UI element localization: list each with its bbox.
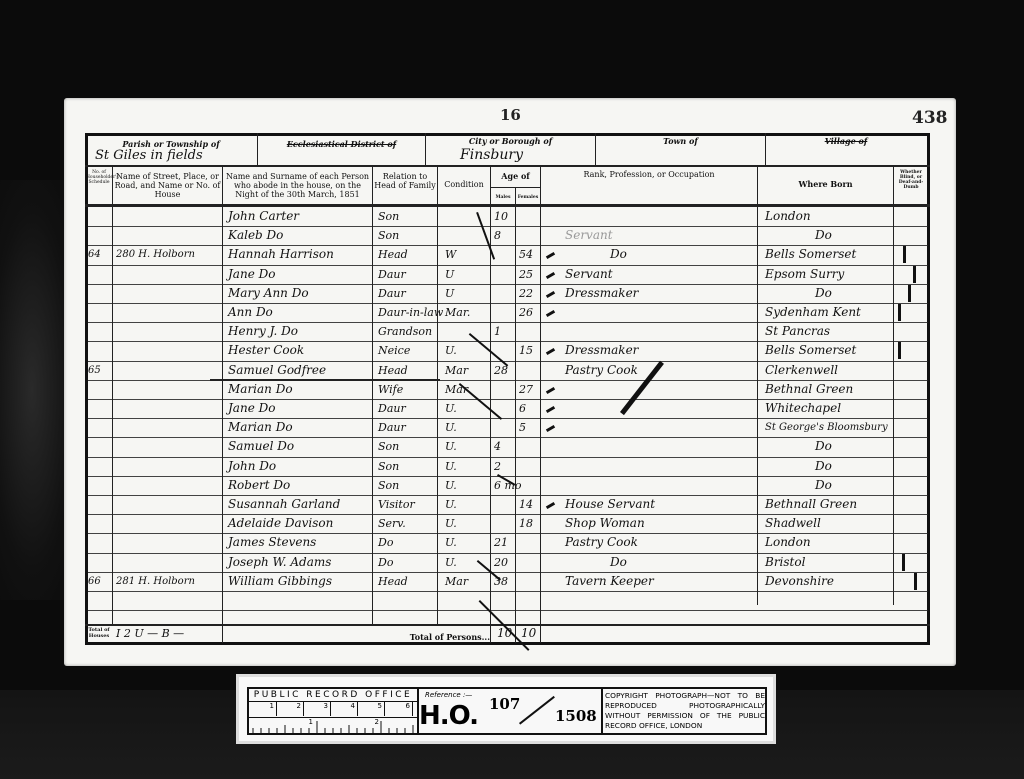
rule (437, 165, 438, 625)
address: 280 H. Holborn (116, 245, 195, 264)
ruler-mark: 4 (331, 702, 358, 716)
ruler-mark: 6 (385, 702, 413, 716)
person-name: Adelaide Davison (228, 514, 333, 533)
relation: Neice (378, 341, 410, 360)
female-age: 54 (519, 245, 533, 264)
ruler-ticks (249, 718, 417, 734)
occupation: Dressmaker (565, 341, 638, 360)
birthplace: St Pancras (765, 322, 830, 341)
ruler-inch: 1 2 (249, 717, 417, 734)
person-name: Ann Do (228, 303, 273, 322)
person-name: Kaleb Do (228, 226, 283, 245)
relation: Grandson (378, 322, 432, 341)
col-males: Males (491, 193, 515, 202)
copyright-notice: COPYRIGHT PHOTOGRAPH—NOT TO BE REPRODUCE… (605, 691, 765, 731)
schedule-number: 66 (88, 572, 101, 591)
tally-mark (898, 304, 901, 321)
total-houses-label: Total of Houses (86, 627, 112, 639)
occupation: House Servant (565, 495, 655, 514)
female-age: 25 (519, 265, 533, 284)
birthplace: Do (815, 476, 832, 495)
occupation: Servant (565, 265, 613, 284)
birthplace: Bells Somerset (765, 341, 856, 360)
condition: Mar. (445, 303, 470, 322)
village-label: Village of (766, 137, 926, 146)
male-age: 4 (494, 437, 501, 456)
schedule-number: 64 (88, 245, 101, 264)
female-age: 6 (519, 399, 526, 418)
col-address: Name of Street, Place, or Road, and Name… (113, 172, 222, 199)
birthplace: Do (815, 457, 832, 476)
row-rule (893, 495, 928, 496)
piece-number: 107 (489, 695, 520, 713)
relation: Son (378, 207, 399, 226)
occupation: Servant (565, 226, 613, 245)
row-rule (893, 418, 928, 419)
tally-mark (913, 266, 916, 283)
person-name: Jane Do (228, 399, 275, 418)
occupation: Shop Woman (565, 514, 645, 533)
condition: U. (445, 437, 457, 456)
condition: U. (445, 553, 457, 572)
address: 281 H. Holborn (116, 572, 195, 591)
pro-title: PUBLIC RECORD OFFICE (249, 690, 417, 700)
female-age: 5 (519, 418, 526, 437)
person-name: Jane Do (228, 265, 275, 284)
occupation: Pastry Cook (565, 533, 638, 552)
person-name: Joseph W. Adams (228, 553, 331, 572)
pro-block: PUBLIC RECORD OFFICE 1 2 3 4 5 6 1 2 (249, 689, 419, 733)
rule (893, 165, 894, 605)
relation: Visitor (378, 495, 415, 514)
condition: U. (445, 514, 457, 533)
row-rule (893, 591, 928, 592)
tally-mark (908, 285, 911, 302)
row-rule (893, 265, 928, 266)
tally-mark (898, 342, 901, 359)
male-age: 20 (494, 553, 508, 572)
relation: Serv. (378, 514, 406, 533)
person-name: John Do (228, 457, 276, 476)
birthplace: Clerkenwell (765, 361, 838, 380)
male-age: 1 (494, 322, 501, 341)
condition: U. (445, 399, 457, 418)
tally-mark (914, 573, 917, 590)
col-occupation: Rank, Profession, or Occupation (541, 170, 757, 179)
col-females: Females (516, 193, 540, 202)
folio-number: 16 (500, 106, 521, 124)
town-label: Town of (596, 137, 765, 146)
row-rule (893, 457, 928, 458)
condition: Mar (445, 572, 468, 591)
birthplace: London (765, 533, 811, 552)
female-age: 18 (519, 514, 533, 533)
row-rule (893, 572, 928, 573)
relation: Daur-in-law (378, 303, 443, 322)
reference-slash (519, 696, 555, 725)
total-persons-label: Total of Persons... (380, 633, 490, 642)
row-rule (88, 457, 893, 458)
tally-mark (902, 554, 905, 571)
relation: Daur (378, 284, 406, 303)
row-rule (893, 476, 928, 477)
birthplace: St George's Bloomsbury (765, 418, 888, 437)
birthplace: Sydenham Kent (765, 303, 861, 322)
relation: Daur (378, 418, 406, 437)
male-age: 10 (494, 207, 508, 226)
row-rule (893, 322, 928, 323)
person-name: Hannah Harrison (228, 245, 334, 264)
relation: Head (378, 572, 408, 591)
ruler-mark: 1 (249, 702, 277, 716)
condition: U. (445, 457, 457, 476)
rule (112, 165, 113, 625)
reference-block: Reference :— H.O. 107 1508 (419, 689, 603, 733)
parish-value: St Giles in fields (95, 146, 203, 165)
relation: Daur (378, 265, 406, 284)
rule (372, 165, 373, 625)
row-rule (88, 437, 893, 438)
ruler-mark: 5 (358, 702, 385, 716)
row-rule (88, 226, 893, 227)
rule (515, 187, 516, 643)
person-name: William Gibbings (228, 572, 332, 591)
col-relation: Relation to Head of Family (373, 172, 437, 190)
birthplace: Whitechapel (765, 399, 841, 418)
female-age: 14 (519, 495, 533, 514)
relation: Do (378, 553, 393, 572)
col-condition: Condition (438, 180, 490, 189)
birthplace: Bristol (765, 553, 805, 572)
row-rule (893, 361, 928, 362)
relation: Son (378, 226, 399, 245)
row-rule (893, 437, 928, 438)
item-number: 1508 (555, 707, 597, 725)
relation: Son (378, 457, 399, 476)
row-rule (893, 399, 928, 400)
ruler-mark: 2 (277, 702, 304, 716)
person-name: Robert Do (228, 476, 290, 495)
female-age: 26 (519, 303, 533, 322)
ecclesiastical-label: Ecclesiastical District of (258, 140, 425, 149)
person-name: John Carter (228, 207, 299, 226)
occupation: Tavern Keeper (565, 572, 654, 591)
relation: Son (378, 437, 399, 456)
condition: U. (445, 533, 457, 552)
col-name: Name and Surname of each Person who abod… (223, 172, 372, 199)
row-rule (893, 553, 928, 554)
relation: Wife (378, 380, 403, 399)
birthplace: Do (815, 284, 832, 303)
col-age-of: Age of (491, 172, 540, 181)
rule (85, 165, 930, 167)
birthplace: Bethnal Green (765, 380, 853, 399)
birthplace: Epsom Surry (765, 265, 844, 284)
col-blind: Whether Blind, or Deaf-and-Dumb (894, 170, 928, 190)
condition: U. (445, 418, 457, 437)
series-code: H.O. (419, 701, 478, 731)
row-rule (893, 226, 928, 227)
rule (257, 133, 258, 166)
birthplace: London (765, 207, 811, 226)
condition: U. (445, 341, 457, 360)
page-number: 438 (912, 108, 948, 128)
row-rule (893, 380, 928, 381)
condition: U. (445, 476, 457, 495)
person-name: Mary Ann Do (228, 284, 309, 303)
total-houses-value: I 2 U — B — (116, 624, 184, 643)
male-age: 21 (494, 533, 508, 552)
relation: Head (378, 361, 408, 380)
row-rule (893, 533, 928, 534)
condition: W (445, 245, 456, 264)
birthplace: Devonshire (765, 572, 834, 591)
relation: Daur (378, 399, 406, 418)
col-where-born: Where Born (758, 180, 893, 189)
total-females: 10 (521, 624, 536, 643)
occupation: Dressmaker (565, 284, 638, 303)
row-rule (88, 591, 893, 592)
row-rule (88, 476, 893, 477)
col-schedule: No. of Householder's Schedule (86, 170, 112, 185)
row-rule (88, 284, 893, 285)
reference-label: Reference :— (425, 691, 472, 699)
borough-label: City or Borough of (426, 137, 595, 146)
condition: U (445, 284, 454, 303)
female-age: 15 (519, 341, 533, 360)
female-age: 22 (519, 284, 533, 303)
person-name: James Stevens (228, 533, 316, 552)
person-name: Samuel Godfree (228, 361, 326, 380)
row-rule (893, 514, 928, 515)
birthplace: Bethnall Green (765, 495, 857, 514)
condition: U (445, 265, 454, 284)
occupation: Pastry Cook (565, 361, 638, 380)
relation: Head (378, 245, 408, 264)
female-age: 27 (519, 380, 533, 399)
birthplace: Shadwell (765, 514, 821, 533)
person-name: Hester Cook (228, 341, 304, 360)
person-name: Marian Do (228, 418, 293, 437)
person-name: Samuel Do (228, 437, 294, 456)
schedule-number: 65 (88, 361, 101, 380)
ruler-cm: 1 2 3 4 5 6 (249, 701, 417, 716)
borough-value: Finsbury (460, 146, 523, 165)
person-name: Susannah Garland (228, 495, 340, 514)
reference-stamp: PUBLIC RECORD OFFICE 1 2 3 4 5 6 1 2 Re (236, 674, 776, 744)
condition: U. (445, 495, 457, 514)
birthplace: Do (815, 437, 832, 456)
birthplace: Bells Somerset (765, 245, 856, 264)
male-age: 8 (494, 226, 501, 245)
row-rule (893, 245, 928, 246)
birthplace: Do (815, 226, 832, 245)
relation: Do (378, 533, 393, 552)
occupation: Do (610, 245, 627, 264)
occupation: Do (610, 553, 627, 572)
row-rule (893, 610, 928, 611)
ruler-mark: 3 (304, 702, 331, 716)
relation: Son (378, 476, 399, 495)
condition: Mar (445, 361, 468, 380)
person-name: Marian Do (228, 380, 293, 399)
rule (757, 165, 758, 605)
person-name: Henry J. Do (228, 322, 298, 341)
tally-mark (903, 246, 906, 263)
